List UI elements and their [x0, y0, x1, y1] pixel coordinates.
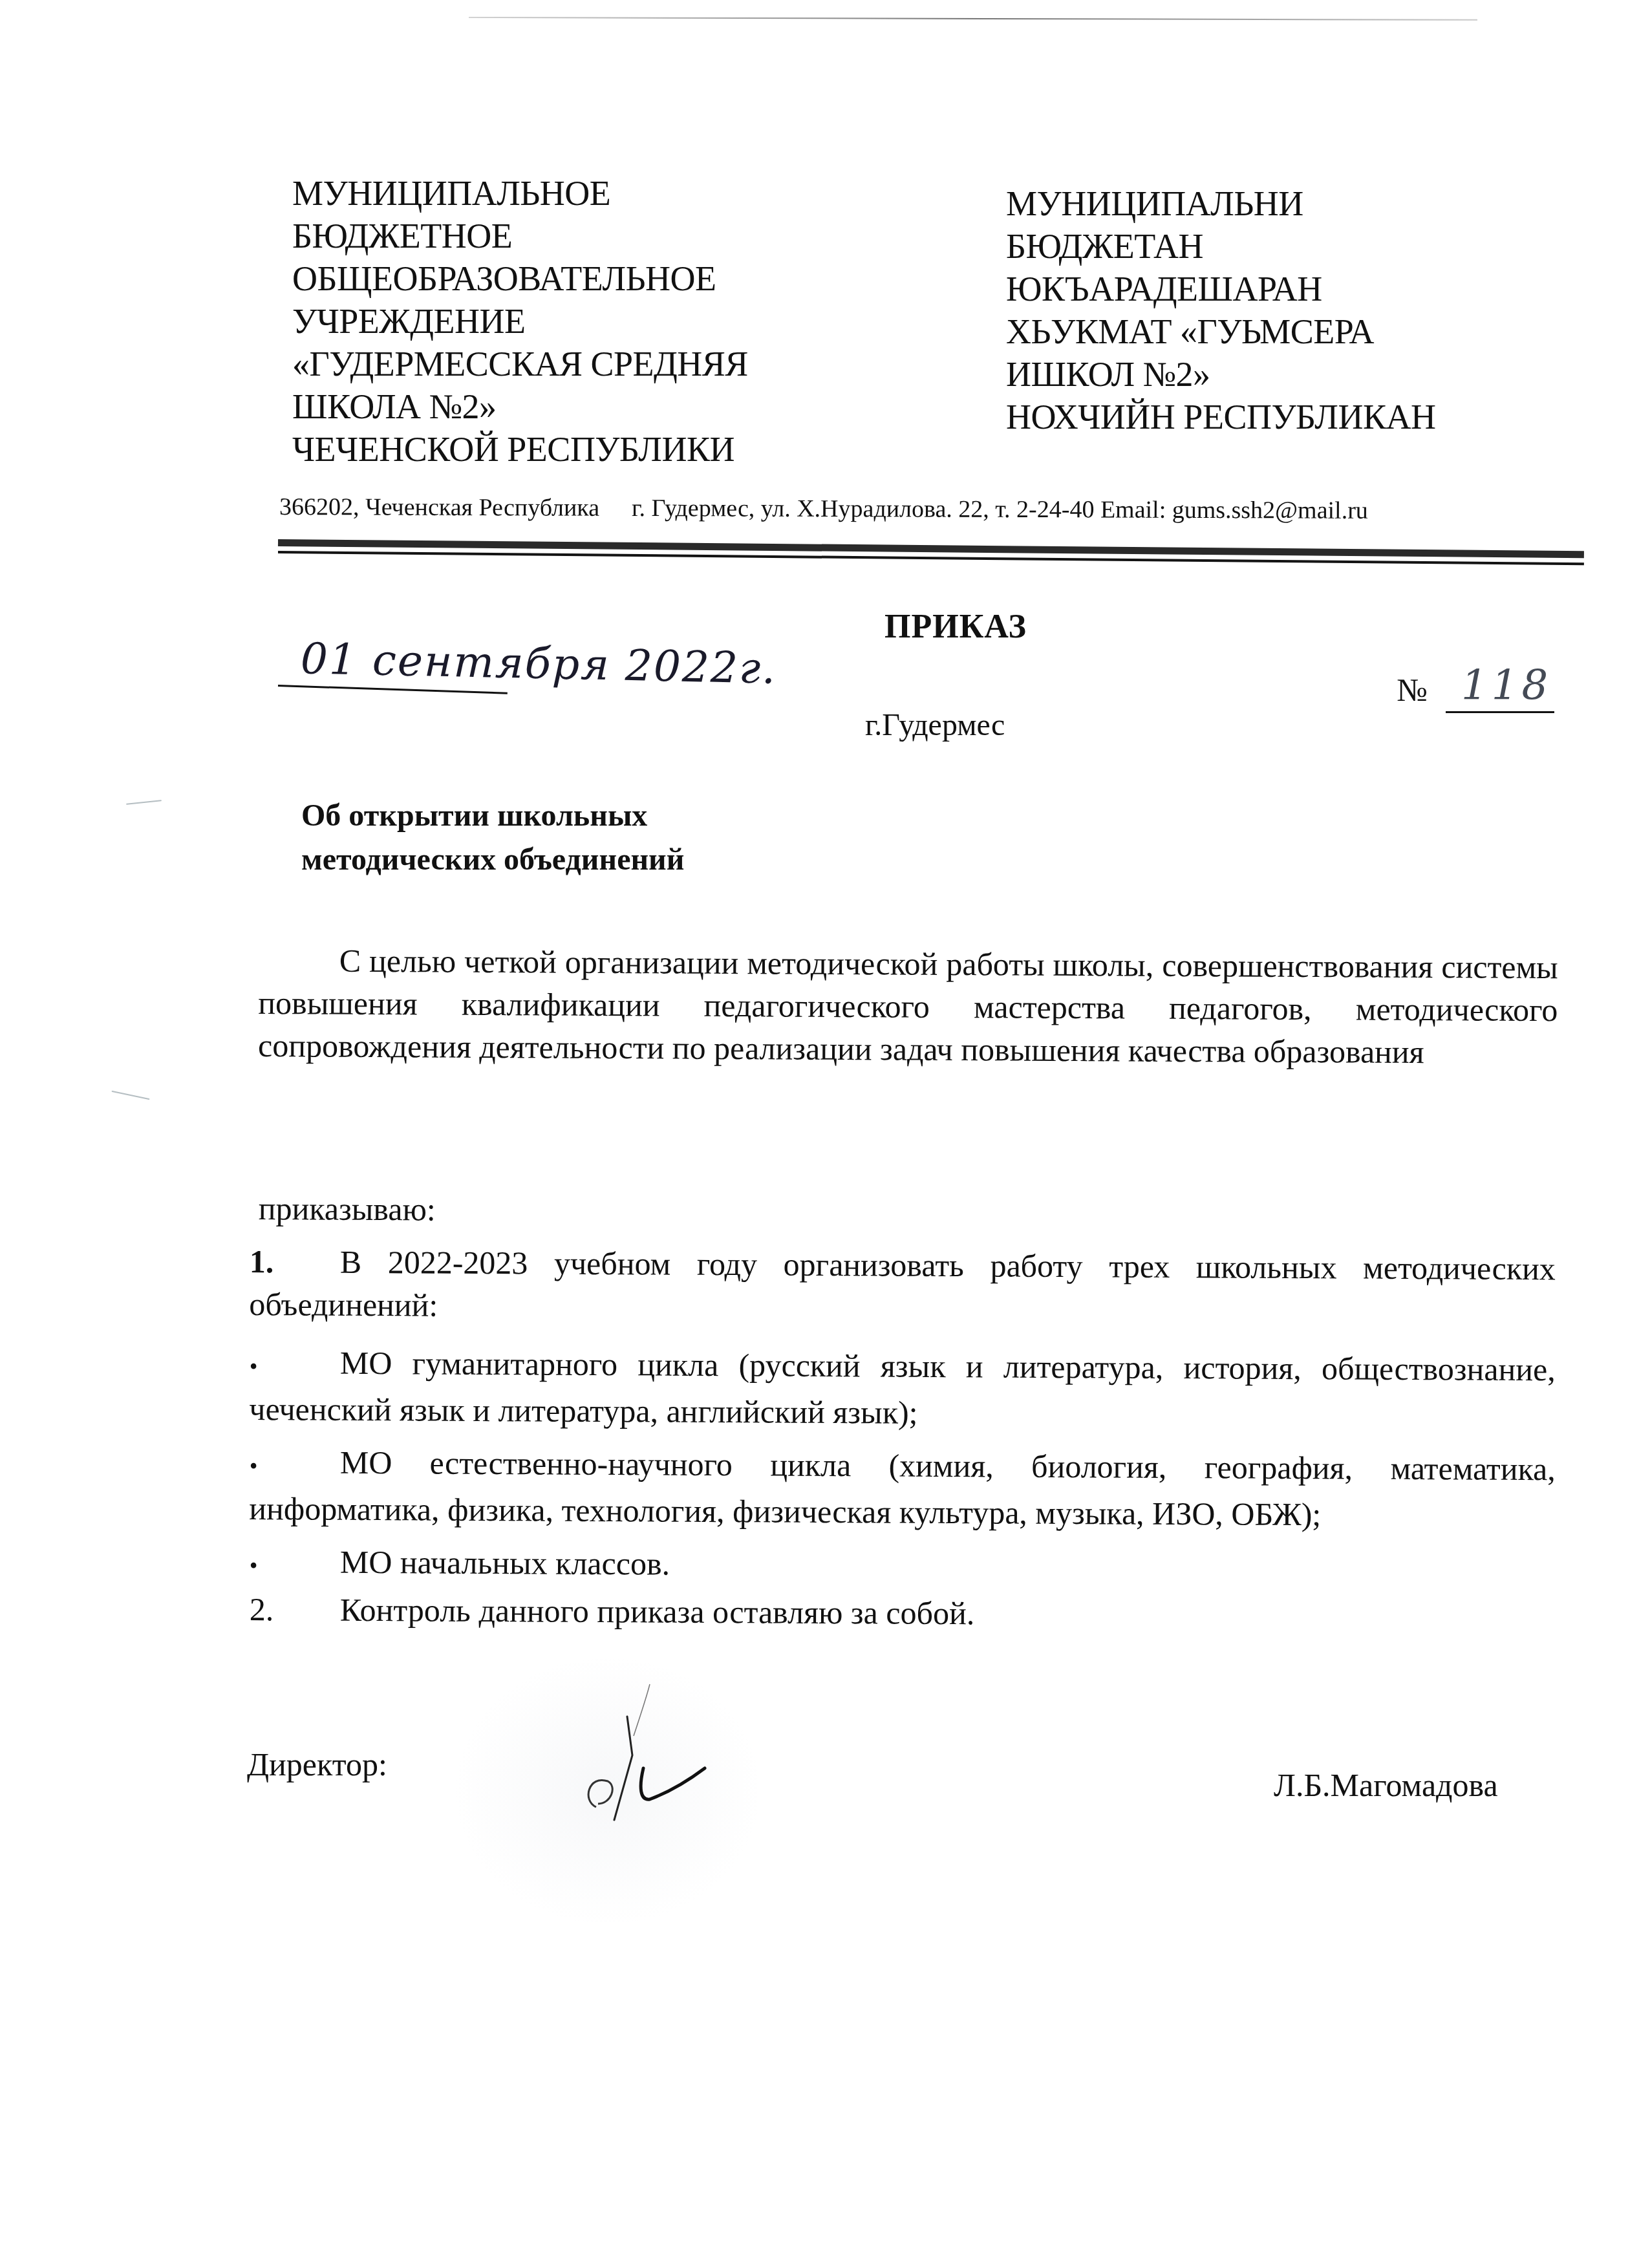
address-postal: 366202, Чеченская Республика — [279, 493, 599, 522]
item-text: Контроль данного приказа оставляю за соб… — [340, 1592, 975, 1631]
subject-line: Об открытии школьных — [301, 794, 948, 838]
item-text: МО начальных классов. — [340, 1544, 670, 1582]
bullet-icon: • — [250, 1345, 340, 1388]
item-text: МО гуманитарного цикла (русский язык и л… — [249, 1345, 1556, 1431]
decree-word: приказываю: — [259, 1190, 436, 1228]
org-name-line: БЮДЖЕТНОЕ — [292, 215, 939, 257]
org-name-line: ЧЕЧЕНСКОЙ РЕСПУБЛИКИ — [292, 428, 939, 471]
list-item-humanities: •МО гуманитарного цикла (русский язык и … — [249, 1341, 1556, 1437]
order-date-handwritten: 01 сентября 2022г. — [300, 634, 777, 693]
org-name-line: ХЬУКМАТ «ГУЬМСЕРА — [1006, 310, 1556, 353]
list-item-primary-classes: •МО начальных классов. — [250, 1540, 1556, 1594]
order-number-handwritten: 118 — [1461, 662, 1552, 710]
bullet-icon: • — [250, 1544, 340, 1587]
order-item-2: 2.Контроль данного приказа оставляю за с… — [250, 1588, 1556, 1638]
item-number: 2. — [250, 1588, 340, 1631]
signatory-name: Л.Б.Магомадова — [1274, 1766, 1498, 1804]
item-number: 1. — [250, 1240, 340, 1283]
letterhead-address: 366202, Чеченская Республикаг. Гудермес,… — [279, 493, 1585, 526]
signatory-role: Директор: — [247, 1746, 387, 1783]
item-text: В 2022-2023 учебном году организовать ра… — [249, 1244, 1556, 1323]
letterhead-divider-thick — [278, 539, 1584, 558]
order-item-1: 1.В 2022-2023 учебном году организовать … — [249, 1240, 1556, 1332]
address-street-contact: г. Гудермес, ул. Х.Нурадилова. 22, т. 2-… — [632, 495, 1368, 524]
letterhead-org-name-russian: МУНИЦИПАЛЬНОЕ БЮДЖЕТНОЕ ОБЩЕОБРАЗОВАТЕЛЬ… — [292, 172, 939, 471]
letterhead-org-name-chechen: МУНИЦИПАЛЬНИ БЮДЖЕТАН ЮКЪАРАДЕШАРАН ХЬУК… — [1006, 182, 1556, 438]
item-text: МО естественно-научного цикла (химия, би… — [249, 1444, 1556, 1532]
handwritten-signature-icon — [537, 1671, 795, 1839]
bullet-icon: • — [250, 1444, 340, 1488]
org-name-line: ЮКЪАРАДЕШАРАН — [1006, 268, 1556, 310]
org-name-line: НОХЧИЙН РЕСПУБЛИКАН — [1006, 396, 1556, 438]
order-subject: Об открытии школьных методических объеди… — [301, 794, 948, 882]
org-name-line: МУНИЦИПАЛЬНИ — [1006, 182, 1556, 225]
scan-artifact-mark — [111, 1091, 149, 1100]
document-title: ПРИКАЗ — [884, 608, 1027, 646]
order-number-field: № 118 — [1390, 666, 1558, 718]
org-name-line: МУНИЦИПАЛЬНОЕ — [292, 172, 939, 215]
number-sign: № — [1397, 671, 1428, 709]
org-name-line: ИШКОЛ №2» — [1006, 353, 1556, 396]
org-name-line: «ГУДЕРМЕССКАЯ СРЕДНЯЯ — [292, 343, 939, 385]
number-underline — [1446, 711, 1554, 713]
org-name-line: БЮДЖЕТАН — [1006, 225, 1556, 268]
scan-artifact-line — [469, 17, 1477, 21]
org-name-line: ШКОЛА №2» — [292, 385, 939, 428]
preamble-paragraph: С целью четкой организации методической … — [258, 939, 1558, 1074]
subject-line: методических объединений — [301, 838, 948, 882]
org-name-line: УЧРЕЖДЕНИЕ — [292, 300, 939, 343]
list-item-natural-sciences: •МО естественно-научного цикла (химия, б… — [249, 1440, 1556, 1537]
order-city: г.Гудермес — [865, 707, 1005, 743]
scan-artifact-mark — [126, 800, 162, 805]
order-date-field: 01 сентября 2022г. — [275, 627, 718, 698]
org-name-line: ОБЩЕОБРАЗОВАТЕЛЬНОЕ — [292, 257, 939, 300]
